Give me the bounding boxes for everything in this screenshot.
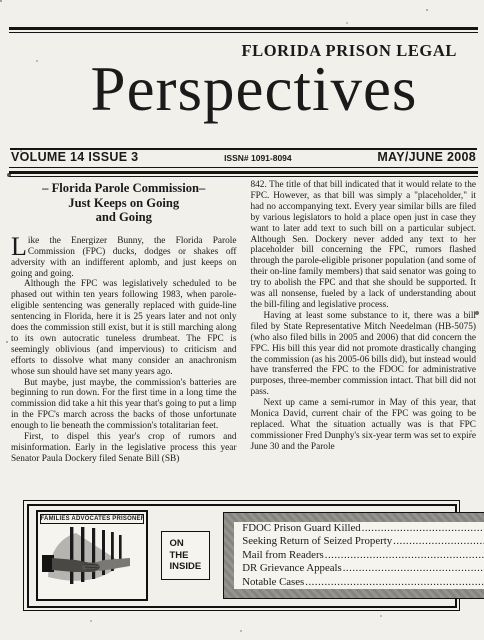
masthead-title: Perspectives — [28, 58, 480, 121]
dot-leader — [361, 522, 484, 535]
article-paragraph: Although the FPC was legislatively sched… — [11, 279, 237, 377]
dot-leader — [342, 562, 484, 575]
toc-row: DR Grievance Appeals10 — [242, 562, 484, 575]
dot-leader — [304, 576, 484, 589]
toc-item-label: FDOC Prison Guard Killed — [242, 522, 360, 535]
article-paragraph: But maybe, just maybe, the commission's … — [11, 378, 237, 433]
paragraph-text: ike the Energizer Bunny, the Florida Par… — [11, 236, 237, 279]
toc-row: FDOC Prison Guard Killed3 — [242, 522, 484, 535]
article-column-right: 842. The title of that bill indicated th… — [251, 180, 477, 496]
dot-leader — [324, 549, 484, 562]
article-paragraph: Like the Energizer Bunny, the Florida Pa… — [11, 236, 237, 280]
toc-item-label: DR Grievance Appeals — [242, 562, 342, 575]
volume-underline-rule — [9, 167, 478, 168]
headline-line-3: and Going — [11, 210, 237, 225]
article-column-left: – Florida Parole Commission– Just Keeps … — [11, 180, 237, 496]
newsletter-page: FLORIDA PRISON LEGAL Perspectives VOLUME… — [0, 0, 484, 640]
top-rule-thin — [9, 32, 478, 33]
on-the-inside-box: FAMILIES ADVOCATES PRISONERS — [23, 500, 460, 611]
label-line: INSIDE — [170, 561, 202, 573]
article-paragraph: First, to dispel this year's crop of rum… — [11, 432, 237, 465]
dot-leader — [392, 535, 484, 548]
divider-rule-thick — [9, 171, 478, 174]
toc-row: Seeking Return of Seized Property4 — [242, 535, 484, 548]
toc-item-label: Mail from Readers — [242, 549, 324, 562]
divider-rule-thin — [9, 176, 478, 177]
headline-line-2: Just Keeps on Going — [11, 196, 237, 211]
article-body: – Florida Parole Commission– Just Keeps … — [11, 180, 476, 496]
toc-row: Mail from Readers6 — [242, 549, 484, 562]
article-headline: – Florida Parole Commission– Just Keeps … — [11, 180, 237, 236]
article-paragraph: Having at least some substance to it, th… — [251, 311, 477, 398]
logo-caption: FAMILIES ADVOCATES PRISONERS — [40, 514, 144, 524]
table-of-contents: FDOC Prison Guard Killed3 Seeking Return… — [234, 522, 484, 589]
volume-bar: VOLUME 14 ISSUE 3 ISSN# 1091-8094 MAY/JU… — [11, 150, 476, 164]
toc-frame: FDOC Prison Guard Killed3 Seeking Return… — [223, 512, 484, 599]
handshake-through-bars-icon — [40, 525, 142, 591]
article-paragraph: 842. The title of that bill indicated th… — [251, 180, 477, 311]
drop-cap: L — [11, 236, 28, 257]
issue-date-label: MAY/JUNE 2008 — [377, 150, 476, 164]
label-line: ON — [170, 538, 202, 550]
volume-issue-label: VOLUME 14 ISSUE 3 — [11, 150, 138, 164]
article-paragraph: Next up came a semi-rumor in May of this… — [251, 398, 477, 453]
toc-item-label: Notable Cases — [242, 576, 304, 589]
headline-line-1: – Florida Parole Commission– — [11, 181, 237, 196]
on-the-inside-inner: FAMILIES ADVOCATES PRISONERS — [27, 504, 457, 608]
organization-logo: FAMILIES ADVOCATES PRISONERS — [36, 510, 148, 601]
on-the-inside-label: ON THE INSIDE — [161, 531, 211, 580]
toc-row: Notable Cases15 — [242, 576, 484, 589]
top-rule-thick — [9, 27, 478, 30]
issn-label: ISSN# 1091-8094 — [224, 153, 292, 163]
label-line: THE — [170, 550, 202, 562]
toc-item-label: Seeking Return of Seized Property — [242, 535, 392, 548]
